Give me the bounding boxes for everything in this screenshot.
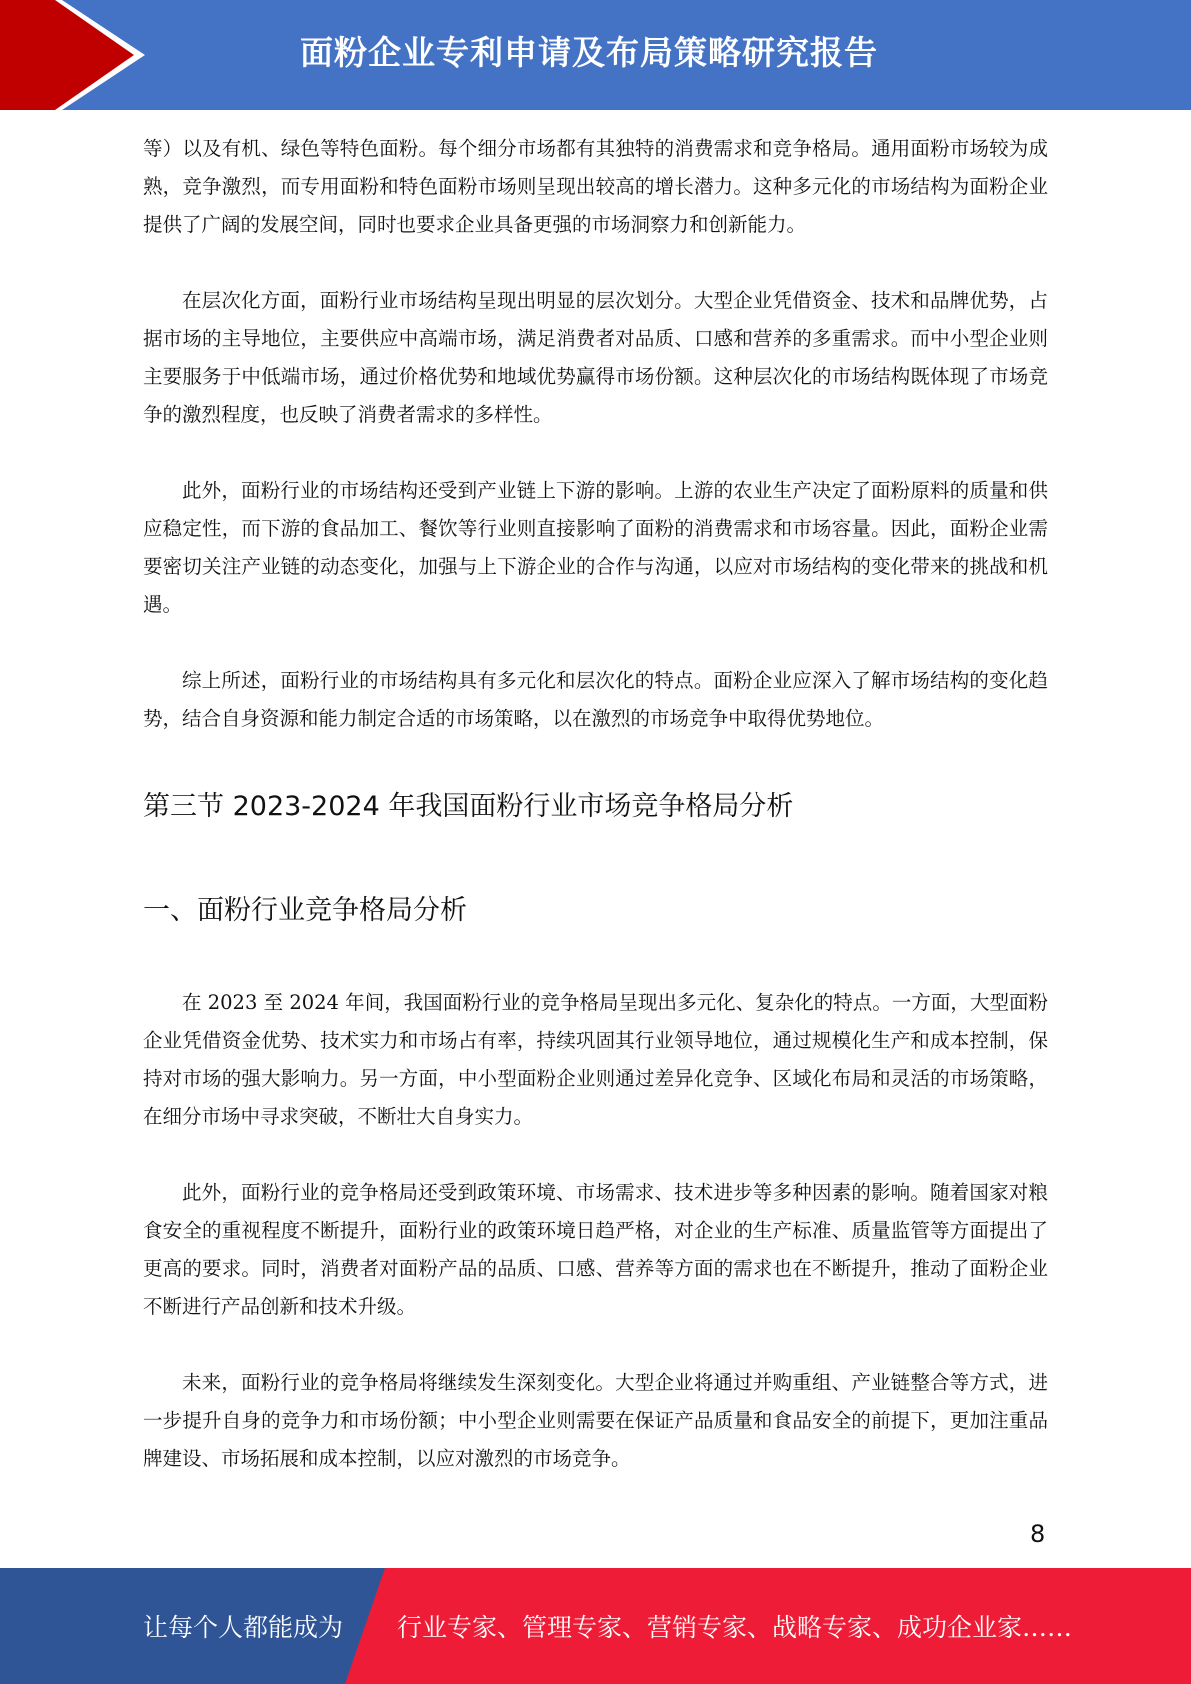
paragraph: 在层次化方面，面粉行业市场结构呈现出明显的层次划分。大型企业凭借资金、技术和品牌… (143, 282, 1048, 434)
page-footer: 让每个人都能成为 行业专家、管理专家、营销专家、战略专家、成功企业家…… (0, 1568, 1191, 1684)
page-header: 面粉企业专利申请及布局策略研究报告 (0, 0, 1191, 110)
paragraph: 综上所述，面粉行业的市场结构具有多元化和层次化的特点。面粉企业应深入了解市场结构… (143, 662, 1048, 738)
paragraph: 在 2023 至 2024 年间，我国面粉行业的竞争格局呈现出多元化、复杂化的特… (143, 984, 1048, 1136)
paragraph: 此外，面粉行业的市场结构还受到产业链上下游的影响。上游的农业生产决定了面粉原料的… (143, 472, 1048, 624)
chevron-decoration-icon (0, 0, 160, 110)
page-number: 8 (1030, 1520, 1045, 1548)
body-content-top: 等）以及有机、绿色等特色面粉。每个细分市场都有其独特的消费需求和竞争格局。通用面… (143, 130, 1048, 776)
body-content-bottom: 在 2023 至 2024 年间，我国面粉行业的竞争格局呈现出多元化、复杂化的特… (143, 984, 1048, 1516)
footer-slogan-right: 行业专家、管理专家、营销专家、战略专家、成功企业家…… (397, 1608, 1072, 1644)
section-heading: 第三节 2023-2024 年我国面粉行业市场竞争格局分析 (143, 784, 793, 823)
paragraph: 等）以及有机、绿色等特色面粉。每个细分市场都有其独特的消费需求和竞争格局。通用面… (143, 130, 1048, 244)
report-title: 面粉企业专利申请及布局策略研究报告 (300, 28, 920, 78)
sub-heading: 一、面粉行业竞争格局分析 (143, 888, 467, 927)
footer-slogan-left: 让每个人都能成为 (143, 1608, 343, 1644)
paragraph: 此外，面粉行业的竞争格局还受到政策环境、市场需求、技术进步等多种因素的影响。随着… (143, 1174, 1048, 1326)
paragraph: 未来，面粉行业的竞争格局将继续发生深刻变化。大型企业将通过并购重组、产业链整合等… (143, 1364, 1048, 1478)
